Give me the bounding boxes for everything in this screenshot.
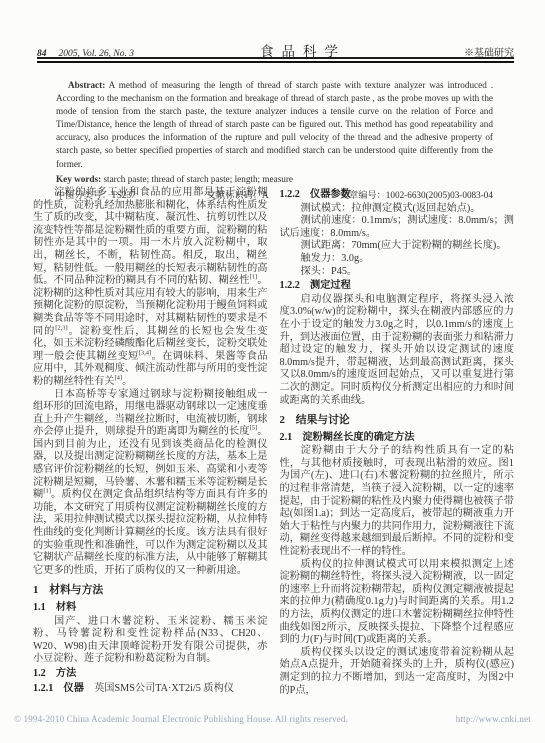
abstract-text: A method of measuring the length of thre…: [56, 80, 493, 169]
body-paragraph: 探头：P45。: [280, 266, 515, 279]
section-heading: 1.1 材料: [33, 602, 268, 615]
header-rule-thick: [37, 61, 514, 64]
header-rule-thin: [37, 57, 514, 59]
scanned-paper-page: 84 2005, Vol. 26, No. 3 食品科学 ※基础研究 Abstr…: [0, 0, 545, 743]
section-heading: 1.2.2 仪器参数: [280, 189, 515, 202]
body-paragraph: 淀粉的许多工业和食品的应用都是基于淀粉糊的性质，淀粉乳经加热膨胀和糊化，体系结构…: [33, 187, 268, 389]
copyright-footer: © 1994-2010 China Academic Journal Elect…: [14, 714, 531, 724]
body-paragraph: 质构仪的拉伸测试模式可以用来模拟测定上述淀粉糊的糊丝特性，将探头浸入淀粉糊液，以…: [280, 559, 515, 647]
body-paragraph: 测试距离：70mm(应大于淀粉糊的糊丝长度)。: [280, 240, 515, 253]
body-paragraph: 日本高桥等专家通过钢球与淀粉糊接触组成一组环形的回流电路，用继电器驱动钢球以一定…: [33, 389, 268, 578]
left-column: 淀粉的许多工业和食品的应用都是基于淀粉糊的性质，淀粉乳经加热膨胀和糊化，体系结构…: [33, 187, 268, 697]
abstract-label: Abstract:: [68, 80, 105, 90]
body-paragraph: 测试前速度：0.1mm/s；测试速度：8.0mm/s；测试后速度：8.0mm/s…: [280, 215, 515, 240]
body-paragraph: 国产、进口木薯淀粉、玉米淀粉、糯玉米淀粉、马铃薯淀粉和变性淀粉样品(N33、CH…: [33, 616, 268, 666]
section-heading: 2.1 淀粉糊丝长度的确定方法: [280, 432, 515, 445]
keywords-line: Key words: starch paste; thread of starc…: [56, 173, 493, 186]
abstract-paragraph: Abstract: A method of measuring the leng…: [56, 79, 493, 171]
cnki-url: http://www.cnki.net: [456, 714, 531, 724]
body-columns: 淀粉的许多工业和食品的应用都是基于淀粉糊的性质，淀粉乳经加热膨胀和糊化，体系结构…: [33, 187, 514, 697]
section-heading: 1.2.2 测定过程: [280, 280, 515, 293]
section-heading: 1.2.1 仪器 英国SMS公司TA·XT2i/5 质构仪: [33, 683, 268, 696]
body-paragraph: 测试模式：拉伸测定模式(返回起始点)。: [280, 203, 515, 216]
body-paragraph: 质构仪探头以设定的测试速度带着淀粉糊从起始点A点提升，开始随着探头的上升，质构仪…: [280, 647, 515, 697]
body-paragraph: 淀粉糊由于大分子的结构性质具有一定的粘性，与其他材质接触时，可表现出粘滑的效应。…: [280, 445, 515, 558]
body-paragraph: 启动仪器探头和电脑测定程序，将探头浸入浓度3.0%(w/w)的淀粉糊中，探头在糊…: [280, 294, 515, 407]
abstract-block: Abstract: A method of measuring the leng…: [56, 79, 493, 202]
copyright-text: © 1994-2010 China Academic Journal Elect…: [14, 714, 348, 724]
keywords-text: starch paste; thread of starch paste; le…: [103, 174, 293, 184]
body-paragraph: 触发力：3.0g。: [280, 253, 515, 266]
section-heading: 2 结果与讨论: [280, 414, 515, 427]
section-heading: 1 材料与方法: [33, 584, 268, 597]
section-heading: 1.2 方法: [33, 668, 268, 681]
right-column: 1.2.2 仪器参数测试模式：拉伸测定模式(返回起始点)。测试前速度：0.1mm…: [280, 187, 515, 697]
heading-label: 1.2.1 仪器: [33, 683, 84, 694]
keywords-label: Key words:: [56, 174, 101, 184]
